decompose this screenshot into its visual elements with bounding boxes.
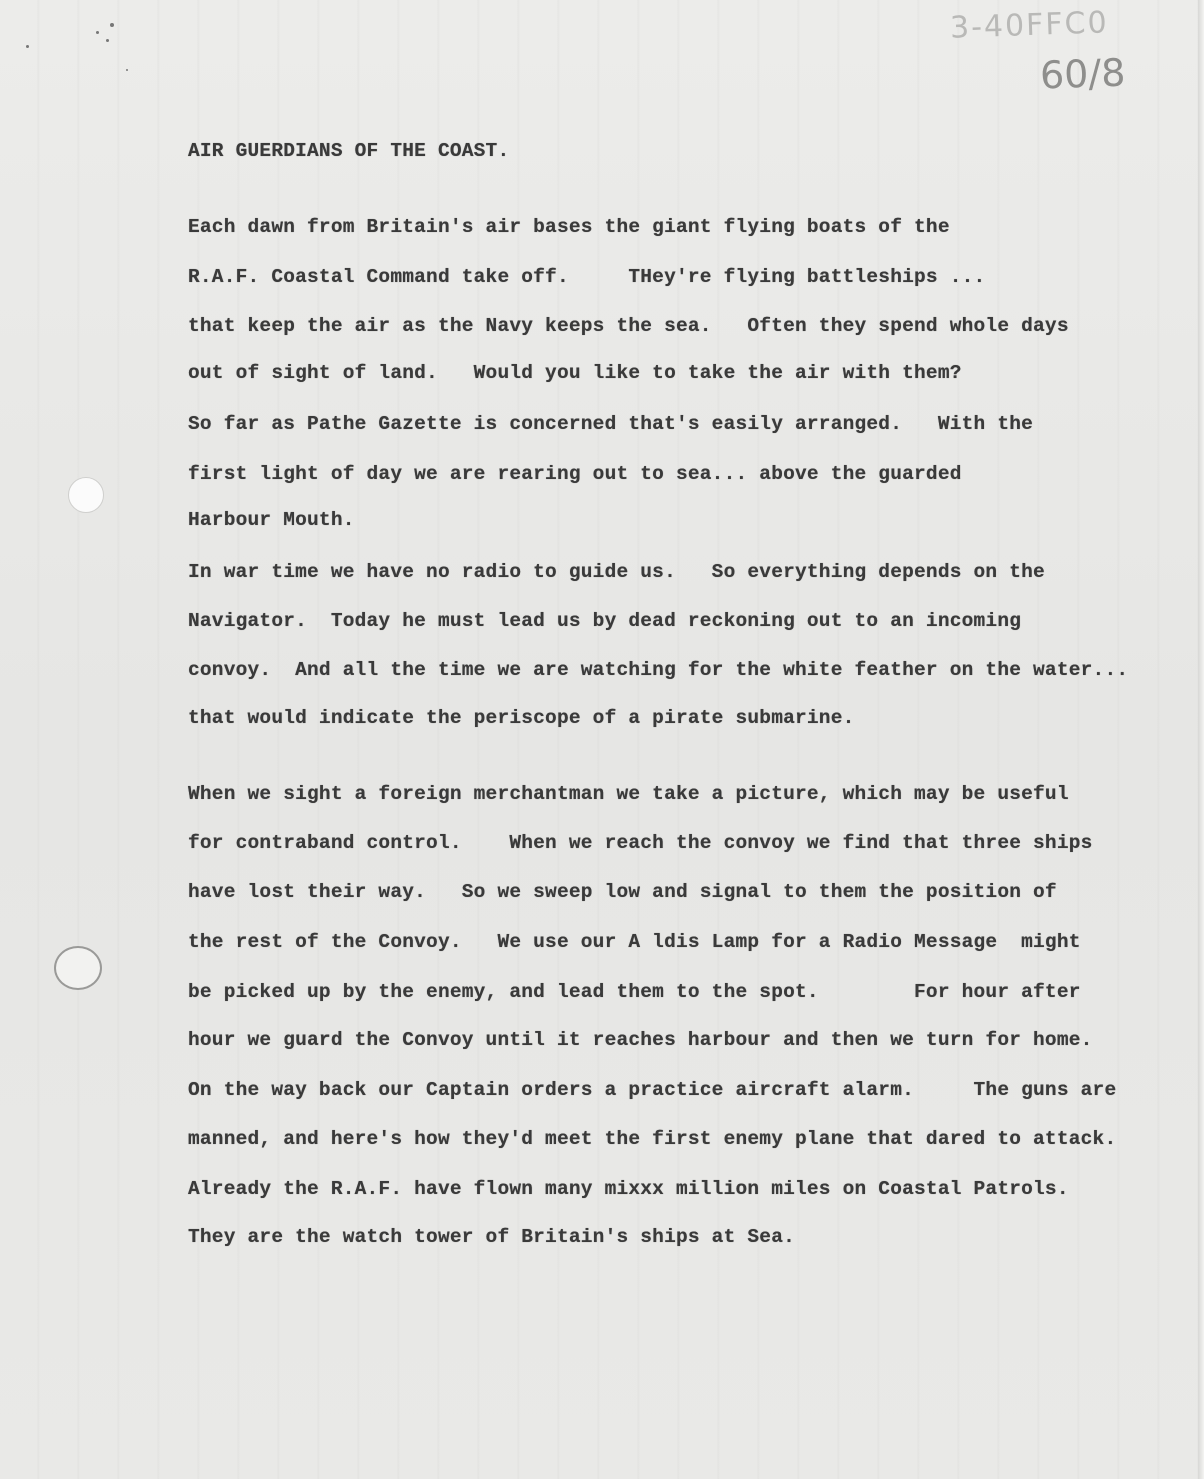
text-line: first light of day we are rearing out to… [188, 463, 962, 485]
text-line: They are the watch tower of Britain's sh… [188, 1226, 795, 1248]
document-title: AIR GUERDIANS OF THE COAST. [188, 140, 509, 162]
text-line: that would indicate the periscope of a p… [188, 707, 855, 729]
text-line: convoy. And all the time we are watching… [188, 659, 1128, 681]
text-line: out of sight of land. Would you like to … [188, 362, 962, 384]
paper-specks [60, 15, 130, 105]
text-line: be picked up by the enemy, and lead them… [188, 981, 1081, 1003]
text-line: When we sight a foreign merchantman we t… [188, 783, 1069, 805]
text-line: that keep the air as the Navy keeps the … [188, 315, 1069, 337]
text-line: Each dawn from Britain's air bases the g… [188, 216, 950, 238]
text-line: Harbour Mouth. [188, 509, 355, 531]
text-line: R.A.F. Coastal Command take off. THey're… [188, 266, 985, 288]
document-page: 3-40FFC0 60/8 AIR GUERDIANS OF THE COAST… [0, 0, 1204, 1479]
text-line: manned, and here's how they'd meet the f… [188, 1128, 1116, 1150]
page-edge [1198, 0, 1204, 1479]
text-line: hour we guard the Convoy until it reache… [188, 1029, 1093, 1051]
text-line: On the way back our Captain orders a pra… [188, 1079, 1116, 1101]
text-line: In war time we have no radio to guide us… [188, 561, 1045, 583]
punch-hole-bottom [54, 946, 102, 990]
text-line: Already the R.A.F. have flown many mixxx… [188, 1178, 1069, 1200]
text-line: the rest of the Convoy. We use our A ldi… [188, 931, 1081, 953]
text-line: have lost their way. So we sweep low and… [188, 881, 1057, 903]
punch-hole-top [68, 477, 104, 513]
folio-number-handwritten: 60/8 [1039, 51, 1126, 98]
text-line: So far as Pathe Gazette is concerned tha… [188, 413, 1033, 435]
text-line: for contraband control. When we reach th… [188, 832, 1093, 854]
archive-number-handwritten: 3-40FFC0 [949, 5, 1109, 46]
text-line: Navigator. Today he must lead us by dead… [188, 610, 1021, 632]
